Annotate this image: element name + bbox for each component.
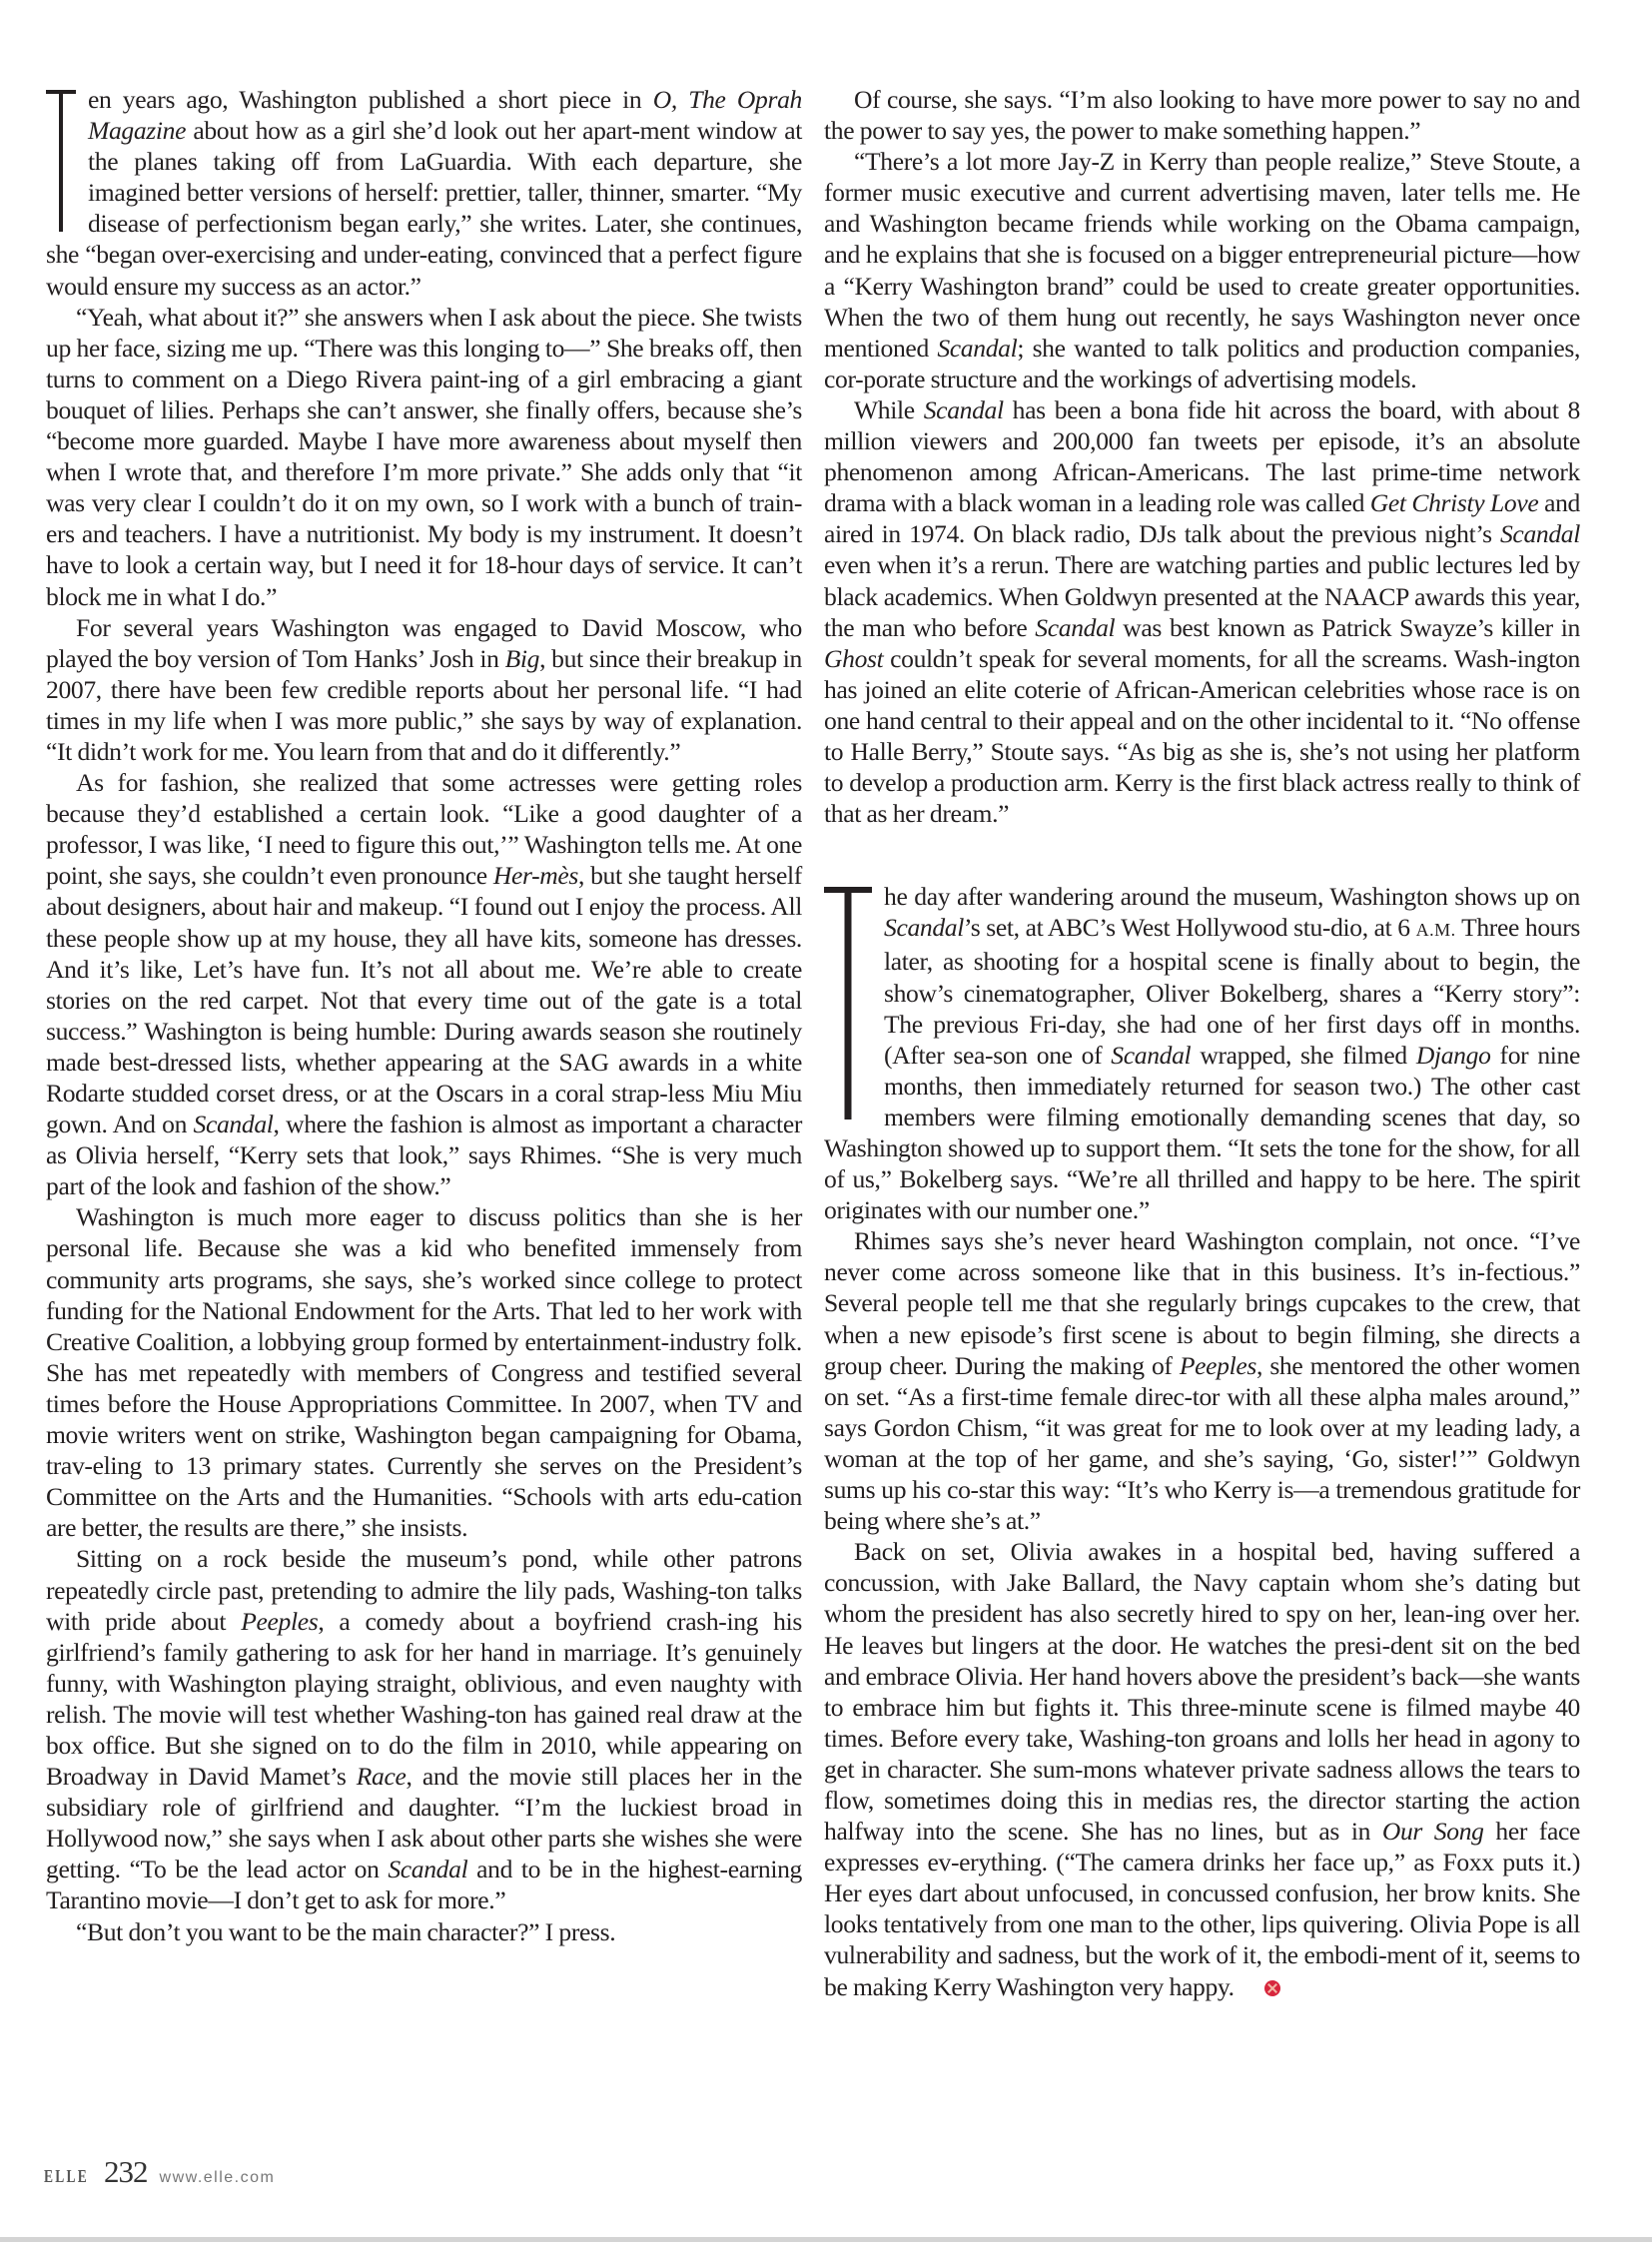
film-title: Big [505,644,540,673]
article-paragraph: T en years ago, Washington published a s… [46,84,802,302]
article-paragraph: While Scandal has been a bona fide hit a… [824,394,1580,829]
show-title: Scandal [194,1110,274,1138]
film-title: Django [1416,1041,1491,1070]
article-paragraph-section-start: T he day after wandering around the muse… [824,881,1580,1225]
film-title: Our Song [1382,1817,1484,1846]
dropcap-t-icon: T [824,887,872,1120]
website-url: www.elle.com [160,2169,276,2187]
film-title: Ghost [824,644,883,673]
page-footer: ELLE 232 www.elle.com [44,2154,275,2190]
dropcap-t-icon: T [46,90,76,232]
article-column-right: Of course, she says. “I’m also looking t… [824,84,1580,2002]
play-title: Race [357,1762,407,1791]
article-paragraph: As for fashion, she realized that some a… [46,767,802,1201]
elle-logo: ELLE [44,2166,89,2187]
article-paragraph: Sitting on a rock beside the museum’s po… [46,1543,802,1915]
time-abbreviation: A.M. [1416,920,1456,940]
article-paragraph: “There’s a lot more Jay-Z in Kerry than … [824,146,1580,394]
article-paragraph: For several years Washington was engaged… [46,612,802,767]
elle-end-mark-icon [1264,1980,1280,1996]
page-edge-divider [0,2237,1652,2242]
show-title: Scandal [1035,613,1115,642]
article-paragraph: “But don’t you want to be the main chara… [46,1916,802,1947]
article-paragraph: “Yeah, what about it?” she answers when … [46,302,802,612]
article-column-left: T en years ago, Washington published a s… [46,84,802,1947]
article-paragraph: Of course, she says. “I’m also looking t… [824,84,1580,146]
show-title: Scandal [388,1855,467,1883]
show-title: Scandal [1111,1041,1191,1070]
show-title: Get Christy Love [1370,488,1539,517]
show-title: Scandal [1500,519,1580,548]
article-paragraph: Washington is much more eager to discuss… [46,1201,802,1543]
article-paragraph: Rhimes says she’s never heard Washington… [824,1225,1580,1536]
brand-name: Her-mès [493,861,578,890]
show-title: Scandal [924,395,1004,424]
show-title: Scandal [937,334,1017,363]
page-number: 232 [104,2154,148,2190]
magazine-page: T en years ago, Washington published a s… [0,0,1652,2237]
show-title: Scandal [884,913,964,942]
film-title: Peeples [241,1607,318,1636]
article-paragraph: Back on set, Olivia awakes in a hospital… [824,1536,1580,2001]
film-title: Peeples [1180,1351,1256,1380]
